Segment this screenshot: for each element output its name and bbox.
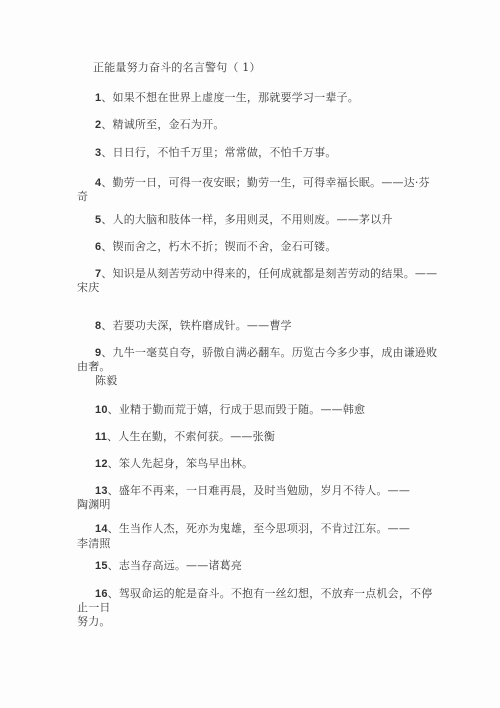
quote-text: 、盛年不再来，一日难再晨，及时当勉励，岁月不待人。—— [108,484,410,497]
quote-1: 1、如果不想在世界上虚度一生，那就要学习一辈子。 [95,91,359,105]
quote-8: 8、若要功夫深，铁杵磨成针。——曹学 [95,319,292,333]
quote-7: 7、知识是从刻苦劳动中得来的，任何成就都是刻苦劳动的结果。—— [95,267,437,281]
quote-9: 9、九牛一毫莫自夸，骄傲自满必翻车。历览古今多少事，成由谦逊败 [95,346,437,360]
quote-3: 3、日日行，不怕千万里；常常做，不怕千万事。 [95,146,337,160]
quote-16-continuation-1: 止一日 [77,601,111,614]
quote-7-continuation: 宋庆 [77,281,99,294]
quote-text: 、精诚所至，金石为开。 [101,118,224,131]
quote-text: 、驾驭命运的舵是奋斗。不抱有一丝幻想，不放弃一点机会，不停 [108,587,433,600]
quote-text: 、若要功夫深，铁杵磨成针。——曹学 [101,319,291,332]
quote-text: 、业精于勤而荒于嬉，行成于思而毁于随。——韩愈 [108,403,366,416]
quote-13: 13、盛年不再来，一日难再晨，及时当勉励，岁月不待人。—— [95,484,410,498]
document-page: 正能量努力奋斗的名言警句（ 1） 1、如果不想在世界上虚度一生，那就要学习一辈子… [0,0,500,708]
quote-10: 10、业精于勤而荒于嬉，行成于思而毁于随。——韩愈 [95,403,365,417]
quote-text: 、九牛一毫莫自夸，骄傲自满必翻车。历览古今多少事，成由谦逊败 [101,346,437,359]
quote-number: 12 [95,458,108,470]
quote-text: 、生当作人杰，死亦为鬼雄，至今思项羽，不肯过江东。—— [108,522,410,535]
document-title: 正能量努力奋斗的名言警句（ 1） [93,61,261,74]
quote-14-continuation: 李清照 [77,537,111,550]
quote-16-continuation-2: 努力。 [77,615,111,628]
quote-text: 、人的大脑和肢体一样，多用则灵，不用则废。——茅以升 [101,213,392,226]
quote-2: 2、精诚所至，金石为开。 [95,118,225,132]
quote-13-continuation: 陶渊明 [77,498,111,511]
quote-16: 16、驾驭命运的舵是奋斗。不抱有一丝幻想，不放弃一点机会，不停 [95,587,432,601]
quote-number: 10 [95,404,108,416]
quote-6: 6、锲而舍之，朽木不折；锲而不舍，金石可镂。 [95,240,337,254]
quote-text: 、如果不想在世界上虚度一生，那就要学习一辈子。 [101,91,359,104]
quote-number: 11 [95,431,107,443]
quote-4: 4、勤劳一日，可得一夜安眠；勤劳一生，可得幸福长眠。——达·芬 [95,176,430,190]
quote-4-continuation: 奇 [77,190,88,203]
quote-text: 、锲而舍之，朽木不折；锲而不舍，金石可镂。 [101,240,336,253]
quote-number: 14 [95,523,108,535]
quote-number: 13 [95,485,108,497]
quote-text: 、知识是从刻苦劳动中得来的，任何成就都是刻苦劳动的结果。—— [101,267,437,280]
quote-number: 15 [95,560,108,572]
quote-9-continuation-1: 由奢。 [77,360,111,373]
quote-number: 16 [95,588,108,600]
quote-text: 、人生在勤，不索何获。——张衡 [107,430,275,443]
quote-text: 、笨人先起身，笨鸟早出林。 [108,457,254,470]
quote-12: 12、笨人先起身，笨鸟早出林。 [95,457,253,471]
quote-5: 5、人的大脑和肢体一样，多用则灵，不用则废。——茅以升 [95,213,393,227]
quote-text: 、志当存高远。——诸葛亮 [108,559,242,572]
quote-text: 、勤劳一日，可得一夜安眠；勤劳一生，可得幸福长眠。——达·芬 [101,176,430,189]
quote-15: 15、志当存高远。——诸葛亮 [95,559,242,573]
quote-11: 11、人生在勤，不索何获。——张衡 [95,430,275,444]
quote-text: 、日日行，不怕千万里；常常做，不怕千万事。 [101,146,336,159]
quote-9-continuation-2: 陈毅 [95,374,117,387]
quote-14: 14、生当作人杰，死亦为鬼雄，至今思项羽，不肯过江东。—— [95,522,410,536]
